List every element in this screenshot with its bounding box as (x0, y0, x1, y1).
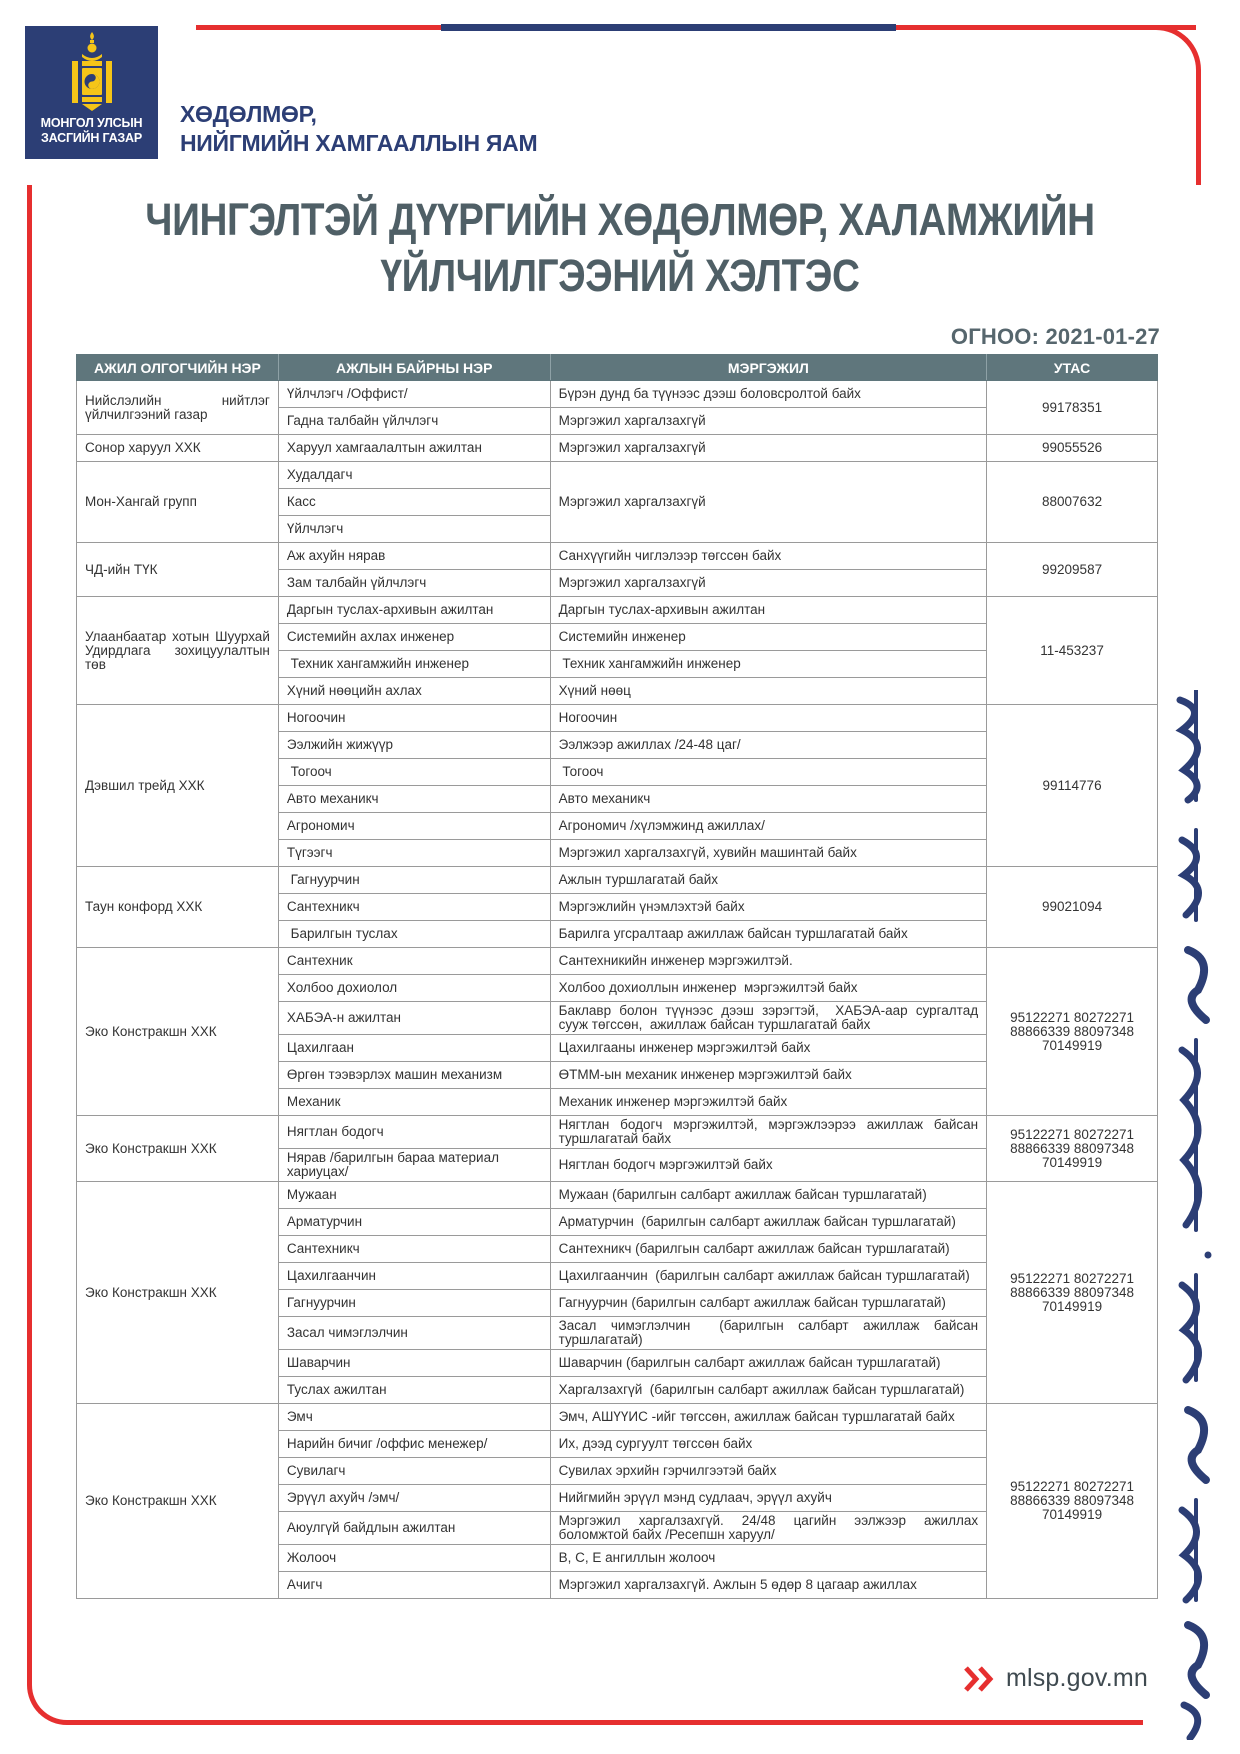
position-cell: Сантехник (278, 948, 550, 975)
requirement-cell: Ажлын туршлагатай байх (550, 867, 987, 894)
employer-cell: Эко Констракшн ХХК (77, 1116, 279, 1182)
frame-bottom-line (480, 1720, 1143, 1725)
phone-cell: 99209587 (987, 543, 1158, 597)
position-cell: Эмч (278, 1404, 550, 1431)
position-cell: Нягтлан бодогч (278, 1116, 550, 1149)
position-cell: Тогооч (278, 759, 550, 786)
government-logo: МОНГОЛ УЛСЫН ЗАСГИЙН ГАЗАР (25, 26, 158, 159)
table-row: Мон-Хангай группХудалдагчМэргэжил харгал… (77, 462, 1158, 489)
employer-cell: Эко Констракшн ХХК (77, 1182, 279, 1404)
requirement-cell: Сувилах эрхийн гэрчилгээтэй байх (550, 1458, 987, 1485)
website-link[interactable]: mlsp.gov.mn (1006, 1664, 1148, 1693)
position-cell: Эрүүл ахуйч /эмч/ (278, 1485, 550, 1512)
requirement-cell: Даргын туслах-архивын ажилтан (550, 597, 987, 624)
page-title: ЧИНГЭЛТЭЙ ДҮҮРГИЙН ХӨДӨЛМӨР, ХАЛАМЖИЙН Ү… (138, 192, 1101, 304)
employer-cell: Дэвшил трейд ХХК (77, 705, 279, 867)
table-header-row: АЖИЛ ОЛГОГЧИЙН НЭР АЖЛЫН БАЙРНЫ НЭР МЭРГ… (77, 355, 1158, 381)
employer-cell: Мон-Хангай групп (77, 462, 279, 543)
requirement-cell: Нягтлан бодогч мэргэжилтэй байх (550, 1149, 987, 1182)
position-cell: Туслах ажилтан (278, 1377, 550, 1404)
table-row: Дэвшил трейд ХХКНогоочинНогоочин99114776 (77, 705, 1158, 732)
phone-cell: 95122271 80272271 88866339 88097348 7014… (987, 1116, 1158, 1182)
position-cell: Жолооч (278, 1545, 550, 1572)
requirement-cell: B, C, E ангиллын жолооч (550, 1545, 987, 1572)
phone-cell: 99178351 (987, 381, 1158, 435)
table-row: Нийслэлийн нийтлэг үйлчилгээний газарҮйл… (77, 381, 1158, 408)
position-cell: Сувилагч (278, 1458, 550, 1485)
position-cell: Аж ахуйн нярав (278, 543, 550, 570)
requirement-cell: Мэргэжил харгалзахгүй. Ажлын 5 өдөр 8 ца… (550, 1572, 987, 1599)
position-cell: Сантехникч (278, 894, 550, 921)
phone-cell: 88007632 (987, 462, 1158, 543)
phone-cell: 11-453237 (987, 597, 1158, 705)
requirement-cell: Нийгмийн эрүүл мэнд судлаач, эрүүл ахуйч (550, 1485, 987, 1512)
position-cell: Авто механикч (278, 786, 550, 813)
position-cell: Зам талбайн үйлчлэгч (278, 570, 550, 597)
position-cell: Шаварчин (278, 1350, 550, 1377)
employer-cell: Эко Констракшн ХХК (77, 948, 279, 1116)
position-cell: Барилгын туслах (278, 921, 550, 948)
requirement-cell: Сантехникч (барилгын салбарт ажиллаж бай… (550, 1236, 987, 1263)
position-cell: Даргын туслах-архивын ажилтан (278, 597, 550, 624)
jobs-table: АЖИЛ ОЛГОГЧИЙН НЭР АЖЛЫН БАЙРНЫ НЭР МЭРГ… (76, 354, 1158, 1599)
position-cell: Агрономич (278, 813, 550, 840)
employer-cell: Нийслэлийн нийтлэг үйлчилгээний газар (77, 381, 279, 435)
requirement-cell: Мэргэжил харгалзахгүй (550, 435, 987, 462)
requirement-cell: Гагнуурчин (барилгын салбарт ажиллаж бай… (550, 1290, 987, 1317)
requirement-cell: ӨТММ-ын механик инженер мэргэжилтэй байх (550, 1062, 987, 1089)
soyombo-emblem-icon (71, 32, 113, 112)
requirement-cell: Мэргэжил харгалзахгүй (550, 408, 987, 435)
requirement-cell: Мэргэжил харгалзахгүй (550, 570, 987, 597)
position-cell: Харуул хамгаалалтын ажилтан (278, 435, 550, 462)
logo-text: МОНГОЛ УЛСЫН ЗАСГИЙН ГАЗАР (25, 116, 158, 146)
position-cell: Мужаан (278, 1182, 550, 1209)
position-cell: Нарийн бичиг /оффис менежер/ (278, 1431, 550, 1458)
requirement-cell: Мэргэжил харгалзахгүй, хувийн машинтай б… (550, 840, 987, 867)
phone-cell: 95122271 80272271 88866339 88097348 7014… (987, 1182, 1158, 1404)
requirement-cell: Ээлжээр ажиллах /24-48 цаг/ (550, 732, 987, 759)
requirement-cell: Авто механикч (550, 786, 987, 813)
position-cell: Сантехникч (278, 1236, 550, 1263)
frame-top-red-line-right (896, 25, 1196, 30)
requirement-cell: Мэргэжил харгалзахгүй (550, 462, 987, 543)
ministry-line-2: НИЙГМИЙН ХАМГААЛЛЫН ЯАМ (180, 129, 537, 158)
requirement-cell: Арматурчин (барилгын салбарт ажиллаж бай… (550, 1209, 987, 1236)
table-row: Эко Констракшн ХХКНягтлан бодогчНягтлан … (77, 1116, 1158, 1149)
requirement-cell: Мужаан (барилгын салбарт ажиллаж байсан … (550, 1182, 987, 1209)
position-cell: Өргөн тээвэрлэх машин механизм (278, 1062, 550, 1089)
table-row: Таун конфорд ХХК ГагнуурчинАжлын туршлаг… (77, 867, 1158, 894)
position-cell: Касс (278, 489, 550, 516)
table-row: Сонор харуул ХХКХаруул хамгаалалтын ажил… (77, 435, 1158, 462)
requirement-cell: Барилга угсралтаар ажиллаж байсан туршла… (550, 921, 987, 948)
requirement-cell: Тогооч (550, 759, 987, 786)
position-cell: Ачигч (278, 1572, 550, 1599)
requirement-cell: Цахилгааны инженер мэргэжилтэй байх (550, 1035, 987, 1062)
position-cell: Ногоочин (278, 705, 550, 732)
page-title-line-2: ҮЙЛЧИЛГЭЭНИЙ ХЭЛТЭС (138, 248, 1101, 304)
position-cell: Засал чимэглэлчин (278, 1317, 550, 1350)
position-cell: Цахилгаанчин (278, 1263, 550, 1290)
phone-cell: 95122271 80272271 88866339 88097348 7014… (987, 1404, 1158, 1599)
requirement-cell: Механик инженер мэргэжилтэй байх (550, 1089, 987, 1116)
employer-cell: ЧД-ийн ТҮК (77, 543, 279, 597)
employer-cell: Улаанбаатар хотын Шуурхай Удирдлага зохи… (77, 597, 279, 705)
requirement-cell: Агрономич /хүлэмжинд ажиллах/ (550, 813, 987, 840)
position-cell: Гагнуурчин (278, 1290, 550, 1317)
position-cell: Үйлчлэгч /Оффист/ (278, 381, 550, 408)
phone-cell: 99114776 (987, 705, 1158, 867)
requirement-cell: Их, дээд сургуулт төгссөн байх (550, 1431, 987, 1458)
requirement-cell: Шаварчин (барилгын салбарт ажиллаж байса… (550, 1350, 987, 1377)
position-cell: Холбоо дохиолол (278, 975, 550, 1002)
footer: mlsp.gov.mn (964, 1664, 1148, 1693)
requirement-cell: Баклавр болон түүнээс дээш зэрэгтэй, ХАБ… (550, 1002, 987, 1035)
column-header-requirement: МЭРГЭЖИЛ (550, 355, 987, 381)
requirement-cell: Мэргэжлийн үнэмлэхтэй байх (550, 894, 987, 921)
position-cell: Нярав /барилгын бараа материал хариуцах/ (278, 1149, 550, 1182)
table-row: ЧД-ийн ТҮКАж ахуйн няравСанхүүгийн чиглэ… (77, 543, 1158, 570)
requirement-cell: Засал чимэглэлчин (барилгын салбарт ажил… (550, 1317, 987, 1350)
column-header-phone: УТАС (987, 355, 1158, 381)
frame-right-corner (1156, 25, 1201, 185)
requirement-cell: Эмч, АШҮҮИС -ийг төгссөн, ажиллаж байсан… (550, 1404, 987, 1431)
position-cell: ХАБЭА-н ажилтан (278, 1002, 550, 1035)
position-cell: Үйлчлэгч (278, 516, 550, 543)
position-cell: Худалдагч (278, 462, 550, 489)
column-header-position: АЖЛЫН БАЙРНЫ НЭР (278, 355, 550, 381)
logo-line-1: МОНГОЛ УЛСЫН (25, 116, 158, 131)
position-cell: Хүний нөөцийн ахлах (278, 678, 550, 705)
requirement-cell: Холбоо дохиоллын инженер мэргэжилтэй бай… (550, 975, 987, 1002)
table-row: Улаанбаатар хотын Шуурхай Удирдлага зохи… (77, 597, 1158, 624)
position-cell: Ээлжийн жижүүр (278, 732, 550, 759)
position-cell: Аюулгүй байдлын ажилтан (278, 1512, 550, 1545)
frame-top-red-line (196, 25, 441, 30)
employer-cell: Таун конфорд ХХК (77, 867, 279, 948)
position-cell: Системийн ахлах инженер (278, 624, 550, 651)
phone-cell: 99021094 (987, 867, 1158, 948)
jobs-table-body: Нийслэлийн нийтлэг үйлчилгээний газарҮйл… (77, 381, 1158, 1599)
ministry-line-1: ХӨДӨЛМӨР, (180, 100, 537, 129)
employer-cell: Сонор харуул ХХК (77, 435, 279, 462)
column-header-employer: АЖИЛ ОЛГОГЧИЙН НЭР (77, 355, 279, 381)
table-row: Эко Констракшн ХХКМужаанМужаан (барилгын… (77, 1182, 1158, 1209)
position-cell: Түгээгч (278, 840, 550, 867)
requirement-cell: Цахилгаанчин (барилгын салбарт ажиллаж б… (550, 1263, 987, 1290)
position-cell: Техник хангамжийн инженер (278, 651, 550, 678)
frame-top-blue-line (441, 24, 896, 31)
position-cell: Цахилгаан (278, 1035, 550, 1062)
table-row: Эко Констракшн ХХКЭмчЭмч, АШҮҮИС -ийг тө… (77, 1404, 1158, 1431)
requirement-cell: Бүрэн дунд ба түүнээс дээш боловсролтой … (550, 381, 987, 408)
position-cell: Гагнуурчин (278, 867, 550, 894)
logo-line-2: ЗАСГИЙН ГАЗАР (25, 131, 158, 146)
page-title-line-1: ЧИНГЭЛТЭЙ ДҮҮРГИЙН ХӨДӨЛМӨР, ХАЛАМЖИЙН (138, 192, 1101, 248)
ministry-name: ХӨДӨЛМӨР, НИЙГМИЙН ХАМГААЛЛЫН ЯАМ (180, 100, 537, 158)
position-cell: Арматурчин (278, 1209, 550, 1236)
requirement-cell: Мэргэжил харгалзахгүй. 24/48 цагийн ээлж… (550, 1512, 987, 1545)
mongolian-script-decoration-icon (1168, 690, 1224, 1740)
requirement-cell: Нягтлан бодогч мэргэжилтэй, мэргэжлээрээ… (550, 1116, 987, 1149)
table-row: Эко Констракшн ХХКСантехникСантехникийн … (77, 948, 1158, 975)
requirement-cell: Сантехникийн инженер мэргэжилтэй. (550, 948, 987, 975)
position-cell: Механик (278, 1089, 550, 1116)
employer-cell: Эко Констракшн ХХК (77, 1404, 279, 1599)
date-label: ОГНОО: 2021-01-27 (951, 324, 1160, 350)
requirement-cell: Системийн инженер (550, 624, 987, 651)
double-chevron-right-icon (964, 1666, 996, 1692)
requirement-cell: Ногоочин (550, 705, 987, 732)
requirement-cell: Техник хангамжийн инженер (550, 651, 987, 678)
phone-cell: 95122271 80272271 88866339 88097348 7014… (987, 948, 1158, 1116)
position-cell: Гадна талбайн үйлчлэгч (278, 408, 550, 435)
requirement-cell: Харгалзахгүй (барилгын салбарт ажиллаж б… (550, 1377, 987, 1404)
requirement-cell: Хүний нөөц (550, 678, 987, 705)
requirement-cell: Санхүүгийн чиглэлээр төгссөн байх (550, 543, 987, 570)
phone-cell: 99055526 (987, 435, 1158, 462)
